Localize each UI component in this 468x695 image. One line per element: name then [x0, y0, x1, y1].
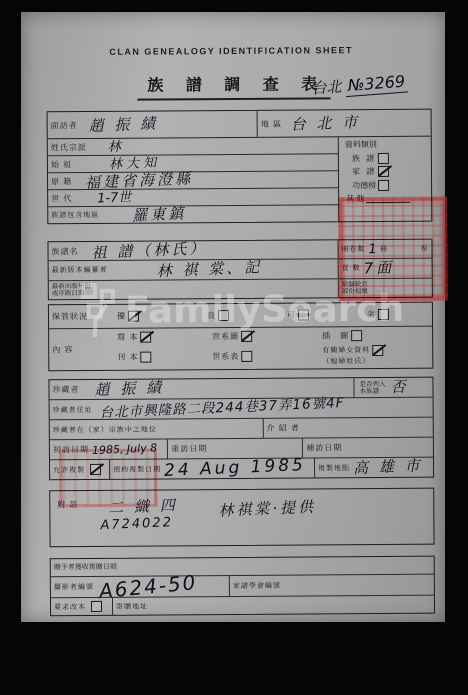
revisit-label: 重訪日期	[168, 443, 210, 454]
photographer-row: 攝影者編號 A624-50 家譜學會編號	[51, 574, 434, 598]
category-option-gongdebang-label: 功德榜	[352, 179, 376, 190]
keeper-label: 珍藏者	[49, 384, 82, 395]
photographer-label: 攝影者編號	[51, 582, 97, 592]
content-pedigree-chart-label: 世系圖	[212, 330, 239, 341]
keeper-value: 趙 振 績	[94, 380, 164, 398]
category-jiapu-checkbox	[378, 166, 389, 177]
paper-sheet: CLAN GENEALOGY IDENTIFICATION SHEET 族 譜 …	[21, 12, 445, 622]
storage-fair-label: 可	[287, 310, 296, 321]
content-illustrations: 插 圖	[322, 329, 432, 341]
generations-label: 世 代	[48, 193, 75, 204]
content-printed: 刊 本	[117, 351, 212, 363]
generations-value: 1-7世	[97, 191, 132, 205]
clan-position-row: 珍藏者在（家）宗族中之地位 介 紹 者	[50, 417, 433, 440]
red-seal-stamp	[338, 197, 448, 302]
notes-provider: 林祺棠·提供	[218, 500, 316, 519]
storage-excellent-label: 優	[117, 311, 126, 322]
document-number-prefix: 台北	[311, 78, 342, 98]
check-mark-icon	[128, 310, 142, 321]
scanned-document-page: CLAN GENEALOGY IDENTIFICATION SHEET 族 譜 …	[0, 0, 468, 695]
storage-good-checkbox	[218, 310, 229, 321]
check-mark-icon	[241, 330, 255, 341]
interviewer-row: 面訪者 趙 振 績 地 區 台 北 市	[48, 110, 431, 140]
copy-place-label: 複製地點	[315, 463, 353, 473]
listed-label-line2: 本族譜	[356, 387, 388, 394]
area-label: 地 區	[258, 118, 285, 129]
document-number-value: №3269	[345, 71, 408, 97]
admin-table: 贈予者獲收複贈日期 攝影者編號 A624-50 家譜學會編號 要求改本 寄贈地址	[50, 556, 435, 617]
listed-value: 否	[390, 379, 409, 395]
revise-label: 要求改本	[51, 602, 89, 612]
copy-place-value: 高 雄 市	[353, 458, 423, 476]
content-pedigree-chart-checkbox	[241, 330, 252, 341]
red-stamp-partial	[59, 449, 157, 508]
content-women-data-label: 有關婦女資料	[322, 345, 370, 355]
storage-option-poor: 劣	[367, 309, 432, 320]
content-women-data-sublabel: （媳婦姓氏）	[322, 356, 370, 366]
interviewer-value: 趙 振 績	[88, 116, 158, 134]
clan-position-label: 珍藏者在（家）宗族中之地位	[50, 424, 160, 435]
content-printed-label: 刊 本	[117, 351, 138, 362]
storage-condition-label: 保管狀況	[49, 311, 117, 322]
category-option-jiapu: 家 譜	[352, 166, 428, 178]
genealogy-name-label: 族譜名	[48, 246, 81, 257]
content-pedigree-table: 世系表	[212, 350, 322, 362]
storage-condition-row: 保管狀況 優 良 可	[49, 303, 432, 329]
check-mark-icon	[372, 344, 386, 355]
surname-label: 姓氏宗派	[48, 141, 90, 152]
first-ancestor-label: 始 祖	[48, 159, 75, 170]
content-row: 內 容 寫 本 世系圖 插 圖	[49, 326, 432, 371]
surname-value: 林	[108, 140, 122, 154]
notes-line2: A724022	[100, 516, 173, 532]
followup-label: 補訪日期	[303, 442, 345, 453]
copy-date-value: 24 Aug 1985	[164, 457, 306, 480]
compiler-value: 林 祺 棠、記	[156, 260, 262, 279]
keeper-address-label: 珍藏者住址	[50, 404, 96, 414]
category-option-jiapu-label: 家 譜	[352, 166, 376, 177]
category-option-gongdebang: 功德榜	[352, 179, 428, 191]
gift-date-label: 贈予者獲收複贈日期	[51, 564, 120, 571]
storage-good-label: 良	[207, 310, 216, 321]
content-pedigree-table-label: 世系表	[212, 350, 239, 361]
content-manuscript-checkbox	[140, 331, 151, 342]
publication-label-line2: 或序跋日期	[49, 290, 88, 297]
form-title: 族 譜 調 查 表	[137, 71, 330, 100]
genealogy-name-value: 祖 譜（林氏）	[91, 241, 207, 261]
english-header: CLAN GENEALOGY IDENTIFICATION SHEET	[19, 45, 443, 58]
listed-label: 是否列入 本族譜	[354, 380, 390, 394]
keeper-address-row: 珍藏者住址 台北市興隆路二段244巷37弄16號4F	[50, 397, 433, 420]
content-pedigree-chart: 世系圖	[212, 330, 322, 342]
storage-fair-checkbox	[298, 309, 309, 320]
content-women-data-checkbox	[372, 344, 383, 355]
coverage-value: 羅東鎮	[132, 206, 187, 223]
revise-row: 要求改本 寄贈地址	[51, 595, 434, 616]
storage-poor-label: 劣	[367, 309, 376, 320]
first-ancestor-value: 林 大 知	[109, 156, 157, 171]
storage-option-fair: 可	[287, 309, 367, 321]
coverage-row: 族譜包含地區 羅東鎮	[48, 204, 338, 223]
society-number-label: 家譜學會編號	[230, 581, 284, 591]
storage-excellent-checkbox	[128, 311, 139, 322]
origin-label: 原 籍	[48, 176, 75, 187]
content-manuscript-label: 寫 本	[117, 331, 138, 342]
storage-poor-checkbox	[378, 309, 389, 320]
category-zupu-checkbox	[378, 152, 389, 163]
storage-option-good: 良	[207, 310, 287, 322]
category-option-zupu-label: 族 譜	[352, 152, 376, 163]
content-printed-checkbox	[140, 351, 151, 362]
interviewer-label: 面訪者	[48, 120, 81, 131]
content-illustrations-label: 插 圖	[322, 330, 349, 341]
check-mark-icon	[141, 330, 155, 341]
origin-row: 原 籍 福建省海澄縣	[48, 170, 338, 189]
check-mark-icon	[378, 165, 392, 176]
data-category-label: 資料類別	[342, 139, 428, 151]
storage-option-excellent: 優	[117, 310, 207, 322]
generations-row: 世 代 1-7世	[48, 187, 338, 206]
send-address-label: 寄贈地址	[113, 601, 151, 611]
revise-checkbox	[91, 601, 102, 612]
content-illustrations-checkbox	[351, 330, 362, 341]
category-gongdebang-checkbox	[378, 179, 389, 190]
condition-table: 保管狀況 優 良 可	[48, 302, 433, 372]
content-label: 內 容	[49, 344, 117, 355]
category-option-zupu: 族 譜	[352, 152, 428, 164]
compiler-label: 最新版本編纂者	[49, 265, 111, 275]
coverage-label: 族譜包含地區	[48, 210, 102, 220]
content-women-data: 有關婦女資料 （媳婦姓氏）	[322, 344, 432, 366]
content-pedigree-table-checkbox	[241, 350, 252, 361]
introducer-label: 介 紹 者	[263, 423, 303, 434]
area-value: 台 北 市	[291, 114, 361, 132]
first-ancestor-row: 始 祖 林 大 知	[48, 153, 338, 172]
content-manuscript: 寫 本	[117, 331, 212, 343]
